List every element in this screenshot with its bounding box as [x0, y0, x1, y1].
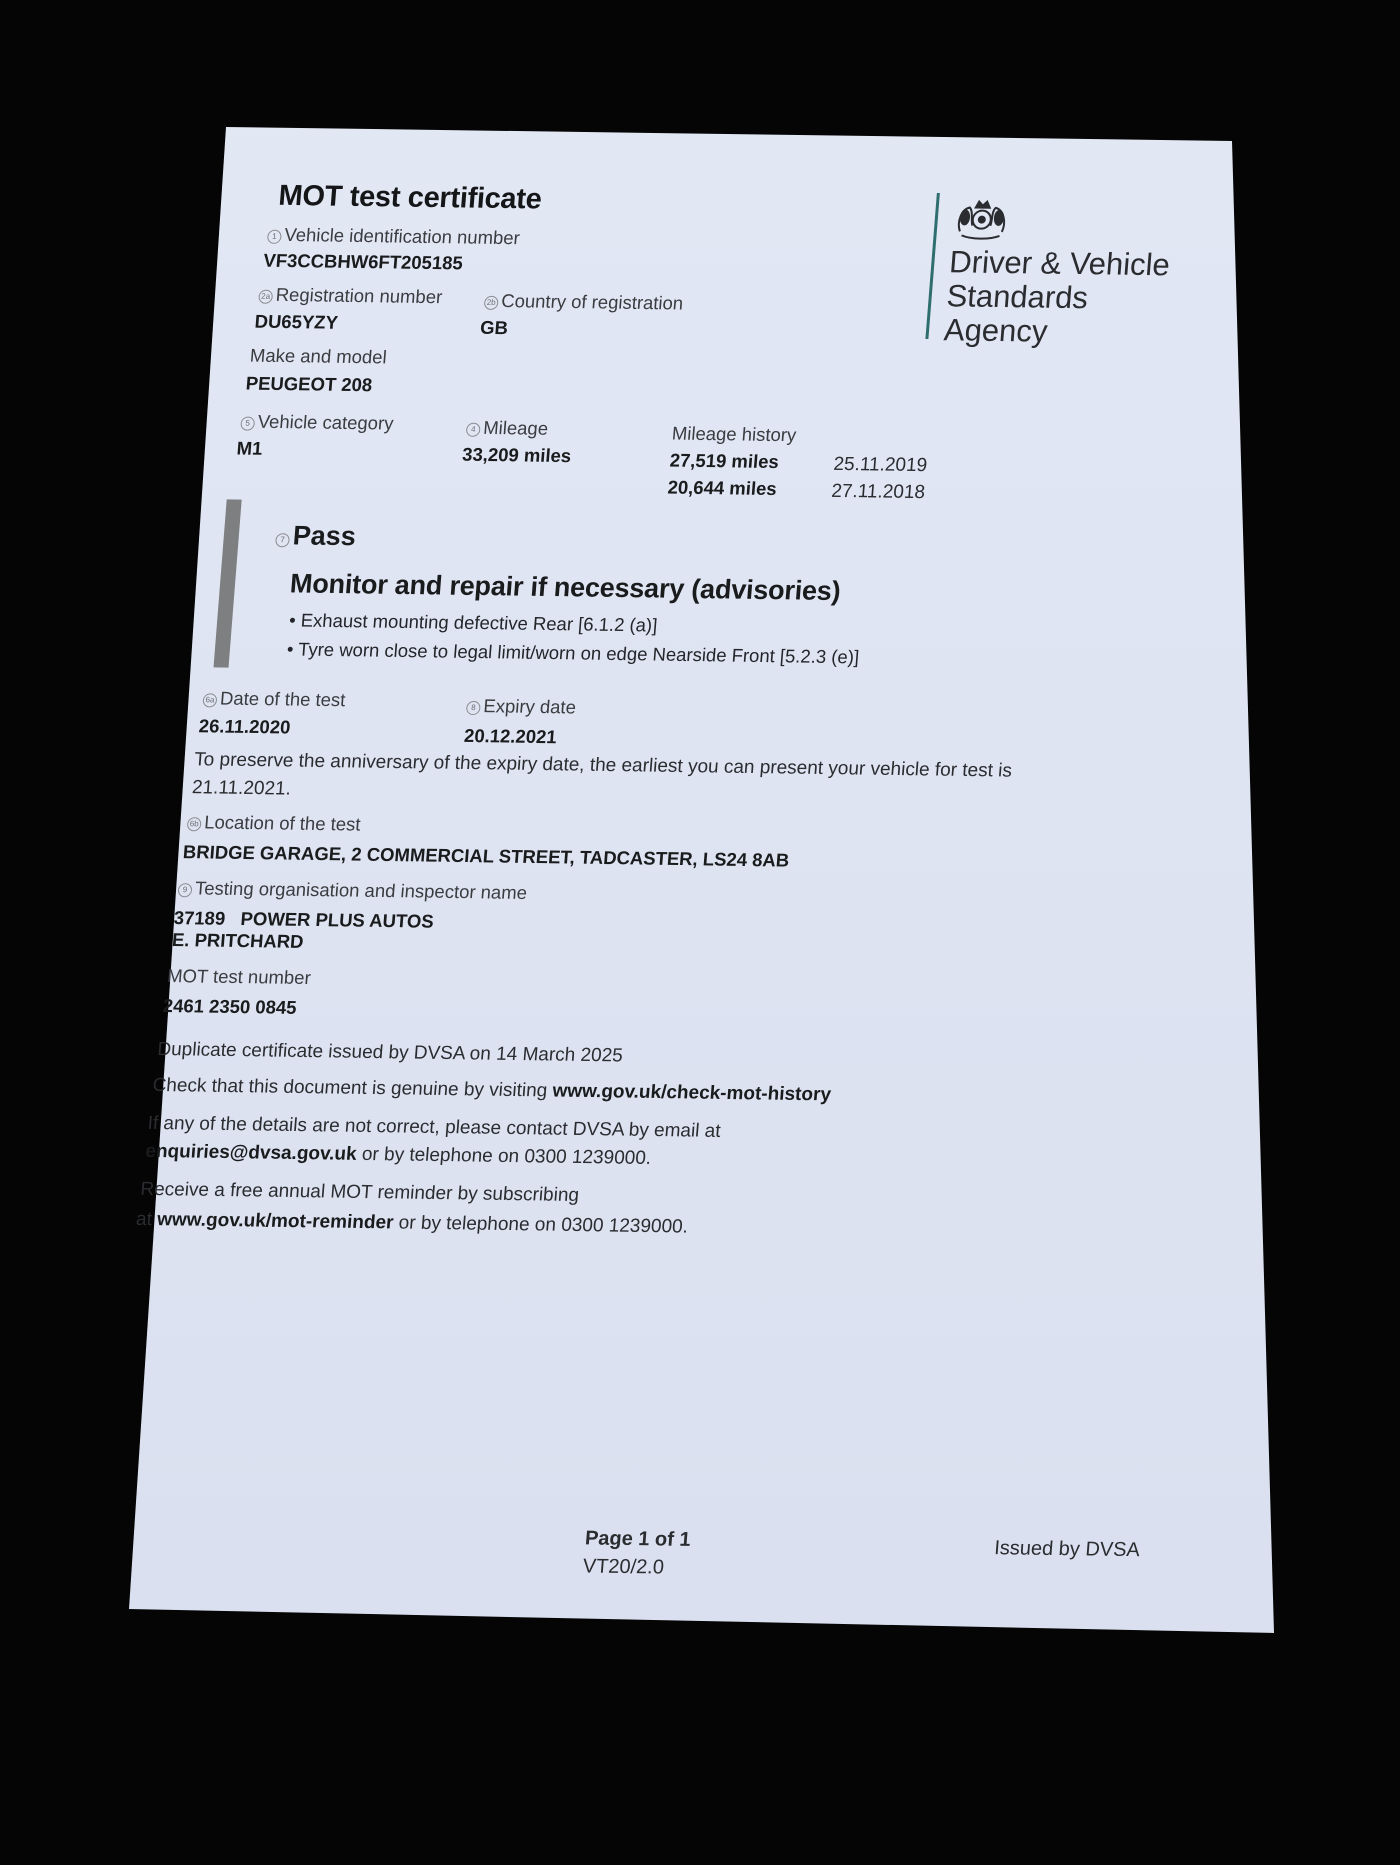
- field-marker-icon: 6a: [202, 693, 217, 707]
- mileage-value: 33,209 miles: [461, 444, 572, 468]
- field-marker-icon: 1: [267, 230, 282, 244]
- vin-label-text: Vehicle identification number: [284, 224, 521, 248]
- logo-divider: [925, 193, 939, 339]
- vehicle-category-label: 5Vehicle category: [240, 411, 394, 435]
- make-model-value: PEUGEOT 208: [245, 373, 373, 397]
- result-status: 7Pass: [275, 520, 357, 552]
- vehicle-category-label-text: Vehicle category: [257, 411, 394, 434]
- field-marker-icon: 2a: [258, 290, 273, 304]
- reminder-prefix: at: [135, 1209, 158, 1230]
- registration-label-text: Registration number: [275, 284, 443, 307]
- field-marker-icon: 8: [466, 701, 481, 715]
- preserve-note-line-1: To preserve the anniversary of the expir…: [193, 749, 1012, 782]
- mot-reminder-link[interactable]: www.gov.uk/mot-reminder: [156, 1209, 394, 1233]
- location-label-text: Location of the test: [204, 811, 362, 834]
- testing-org-label-text: Testing organisation and inspector name: [194, 877, 528, 903]
- test-date-label: 6aDate of the test: [202, 687, 346, 711]
- check-genuine-text: Check that this document is genuine by v…: [152, 1075, 554, 1102]
- advisory-text: Exhaust mounting defective Rear [6.1.2 (…: [300, 610, 658, 636]
- contact-email-link[interactable]: enquiries@dvsa.gov.uk: [145, 1141, 358, 1165]
- mileage-history-miles-1: 27,519 miles: [669, 450, 780, 474]
- form-code: VT20/2.0: [582, 1555, 665, 1579]
- advisory-text: Tyre worn close to legal limit/worn on e…: [297, 639, 860, 668]
- mileage-label-text: Mileage: [483, 417, 549, 439]
- contact-note-line-2: enquiries@dvsa.gov.uk or by telephone on…: [145, 1141, 652, 1170]
- mileage-label: 4Mileage: [466, 417, 549, 440]
- field-marker-icon: 4: [466, 423, 481, 437]
- result-status-bar: [214, 499, 242, 667]
- registration-value: DU65YZY: [254, 311, 339, 334]
- vin-value: VF3CCBHW6FT205185: [263, 250, 464, 275]
- advisories-heading: Monitor and repair if necessary (advisor…: [289, 568, 842, 607]
- test-date-label-text: Date of the test: [219, 687, 346, 710]
- mileage-history-label: Mileage history: [671, 423, 797, 447]
- advisory-item: • Exhaust mounting defective Rear [6.1.2…: [288, 609, 658, 636]
- advisory-item: • Tyre worn close to legal limit/worn on…: [286, 638, 860, 668]
- field-marker-icon: 5: [240, 417, 255, 431]
- contact-note-line-1: If any of the details are not correct, p…: [147, 1113, 722, 1143]
- agency-name-line-3: Agency: [943, 313, 1166, 350]
- inspector-name: E. PRITCHARD: [171, 929, 304, 953]
- preserve-note-line-2: 21.11.2021.: [191, 777, 292, 800]
- check-mot-history-link[interactable]: www.gov.uk/check-mot-history: [552, 1081, 832, 1106]
- field-marker-icon: 9: [177, 883, 192, 897]
- country-value: GB: [479, 317, 508, 339]
- page-number: Page 1 of 1: [584, 1527, 691, 1551]
- test-number-label: MOT test number: [166, 965, 311, 989]
- agency-name-line-1: Driver & Vehicle: [948, 245, 1171, 282]
- field-marker-icon: 2b: [484, 296, 499, 310]
- mileage-history-date-1: 25.11.2019: [833, 454, 928, 477]
- reminder-phone-text: or by telephone on 0300 1239000.: [393, 1212, 689, 1237]
- vehicle-category-value: M1: [236, 437, 263, 459]
- mileage-history-miles-2: 20,644 miles: [667, 477, 778, 501]
- expiry-date-label: 8Expiry date: [466, 695, 577, 719]
- expiry-date-label-text: Expiry date: [483, 695, 577, 717]
- location-value: BRIDGE GARAGE, 2 COMMERCIAL STREET, TADC…: [182, 841, 790, 871]
- vin-label: 1Vehicle identification number: [267, 224, 521, 250]
- certificate-content: MOT test certificate Driver & Vehicle St…: [109, 127, 1235, 1631]
- country-label-text: Country of registration: [501, 290, 684, 314]
- expiry-date-value: 20.12.2021: [463, 725, 557, 748]
- duplicate-note: Duplicate certificate issued by DVSA on …: [157, 1039, 624, 1068]
- testing-org-label: 9Testing organisation and inspector name: [177, 877, 528, 904]
- agency-name: Driver & Vehicle Standards Agency: [943, 245, 1171, 350]
- check-genuine-note: Check that this document is genuine by v…: [152, 1075, 832, 1106]
- contact-phone-text: or by telephone on 0300 1239000.: [356, 1144, 652, 1169]
- field-marker-icon: 7: [275, 533, 290, 547]
- agency-name-line-2: Standards: [945, 279, 1168, 316]
- test-number-value: 2461 2350 0845: [162, 995, 297, 1019]
- country-label: 2bCountry of registration: [483, 290, 684, 315]
- mileage-history-date-2: 27.11.2018: [831, 481, 926, 504]
- test-date-value: 26.11.2020: [198, 715, 291, 738]
- make-model-label: Make and model: [249, 345, 387, 369]
- reminder-note-line-1: Receive a free annual MOT reminder by su…: [140, 1179, 580, 1207]
- registration-label: 2aRegistration number: [258, 284, 443, 309]
- page-title: MOT test certificate: [277, 180, 542, 217]
- issued-by: Issued by DVSA: [993, 1537, 1140, 1562]
- result-status-text: Pass: [292, 520, 357, 551]
- field-marker-icon: 6b: [187, 817, 202, 831]
- royal-coat-of-arms-icon: [951, 195, 1013, 242]
- location-label: 6bLocation of the test: [186, 811, 361, 835]
- reminder-note-line-2: at www.gov.uk/mot-reminder or by telepho…: [135, 1209, 689, 1239]
